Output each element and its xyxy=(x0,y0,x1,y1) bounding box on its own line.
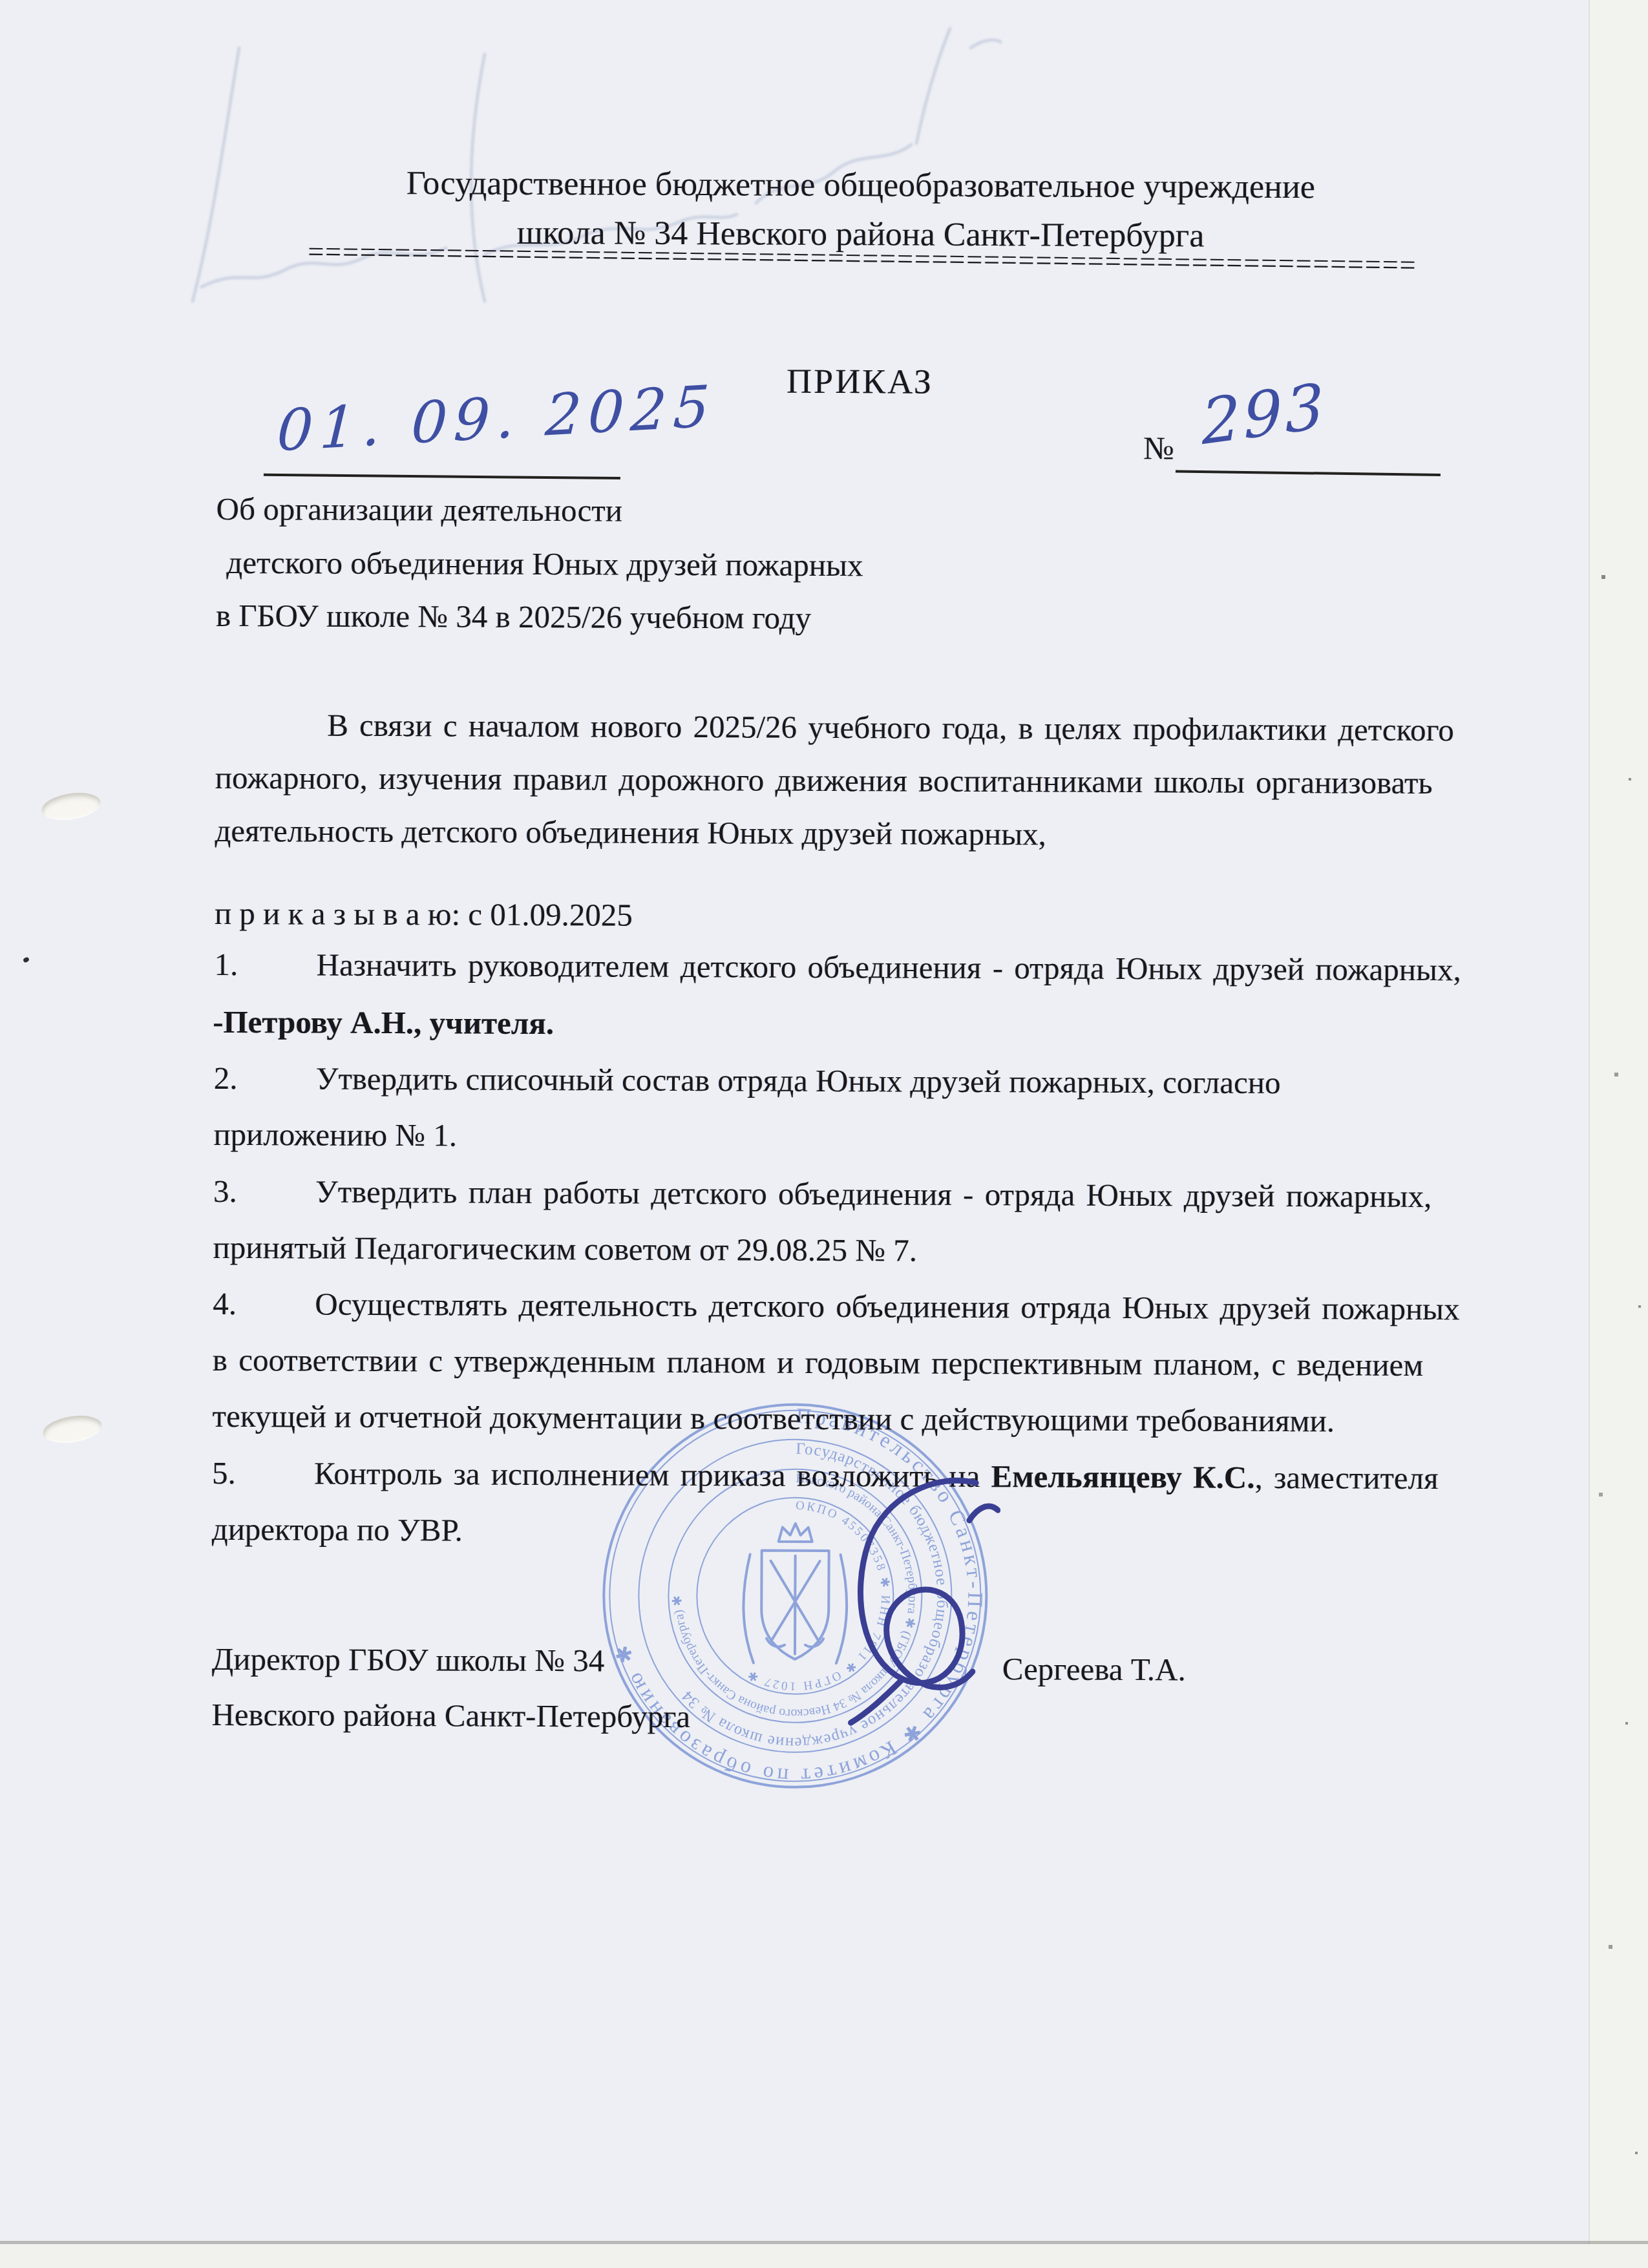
decree-line: п р и к а з ы в а ю: с 01.09.2025 xyxy=(215,894,633,935)
item-4-line-1: 4.Осуществлять деятельность детского объ… xyxy=(213,1285,1460,1328)
scanned-order-page: Государственное бюджетное общеобразовате… xyxy=(0,0,1648,2268)
director-name: Сергеева Т.А. xyxy=(1002,1650,1186,1689)
item-2-line-1: 2.Утвердить списочный состав отряда Юных… xyxy=(214,1059,1281,1102)
item-3-line-1: 3.Утвердить план работы детского объедин… xyxy=(213,1172,1431,1216)
paper-right-edge xyxy=(1589,0,1648,2268)
document-content: Государственное бюджетное общеобразовате… xyxy=(0,0,1648,2268)
item-5-text-post: , заместителя xyxy=(1254,1460,1438,1496)
subject-line-1: Об организации деятельности xyxy=(217,490,623,530)
item-4-number: 4. xyxy=(213,1285,315,1324)
item-2-line-2: приложению № 1. xyxy=(213,1115,457,1155)
item-3-line-2: принятый Педагогическим советом от 29.08… xyxy=(213,1228,918,1270)
item-1-text: Назначить руководителем детского объедин… xyxy=(316,947,1461,988)
body-line-3: деятельность детского объединения Юных д… xyxy=(215,812,1046,854)
item-2-number: 2. xyxy=(214,1059,316,1098)
item-4-line-2: в соответствии с утвержденным планом и г… xyxy=(213,1341,1424,1385)
body-line-2: пожарного, изучения правил дорожного дви… xyxy=(215,759,1433,803)
scan-speckles xyxy=(0,0,1,1)
number-underline xyxy=(1176,470,1441,476)
item-1-line-2-bold: -Петрову А.Н., учителя. xyxy=(213,1003,554,1043)
subject-line-3: в ГБОУ школе № 34 в 2025/26 учебном году xyxy=(216,596,811,638)
item-2-text: Утвердить списочный состав отряда Юных д… xyxy=(316,1061,1281,1101)
number-sign: № xyxy=(1143,429,1174,467)
scanner-bed-strip xyxy=(0,2244,1648,2268)
item-3-number: 3. xyxy=(213,1172,315,1212)
item-4-text: Осуществлять деятельность детского объед… xyxy=(315,1286,1460,1327)
item-5-text-bold: Емельянцеву К.С. xyxy=(991,1458,1255,1495)
item-5-number: 5. xyxy=(212,1454,314,1493)
director-signature xyxy=(805,1465,1000,1731)
date-underline xyxy=(264,474,620,479)
director-position-line1: Директор ГБОУ школы № 34 xyxy=(212,1640,605,1681)
org-name-line1: Государственное бюджетное общеобразовате… xyxy=(218,159,1504,213)
item-1-line-1: 1.Назначить руководителем детского объед… xyxy=(214,945,1461,989)
item-3-text: Утвердить план работы детского объединен… xyxy=(315,1174,1431,1215)
item-5-line-2: директора по УВР. xyxy=(212,1510,463,1550)
subject-line-2: детского объединения Юных друзей пожарны… xyxy=(226,543,863,585)
item-1-number: 1. xyxy=(214,945,316,985)
body-line-1: В связи с началом нового 2025/26 учебног… xyxy=(327,706,1454,750)
